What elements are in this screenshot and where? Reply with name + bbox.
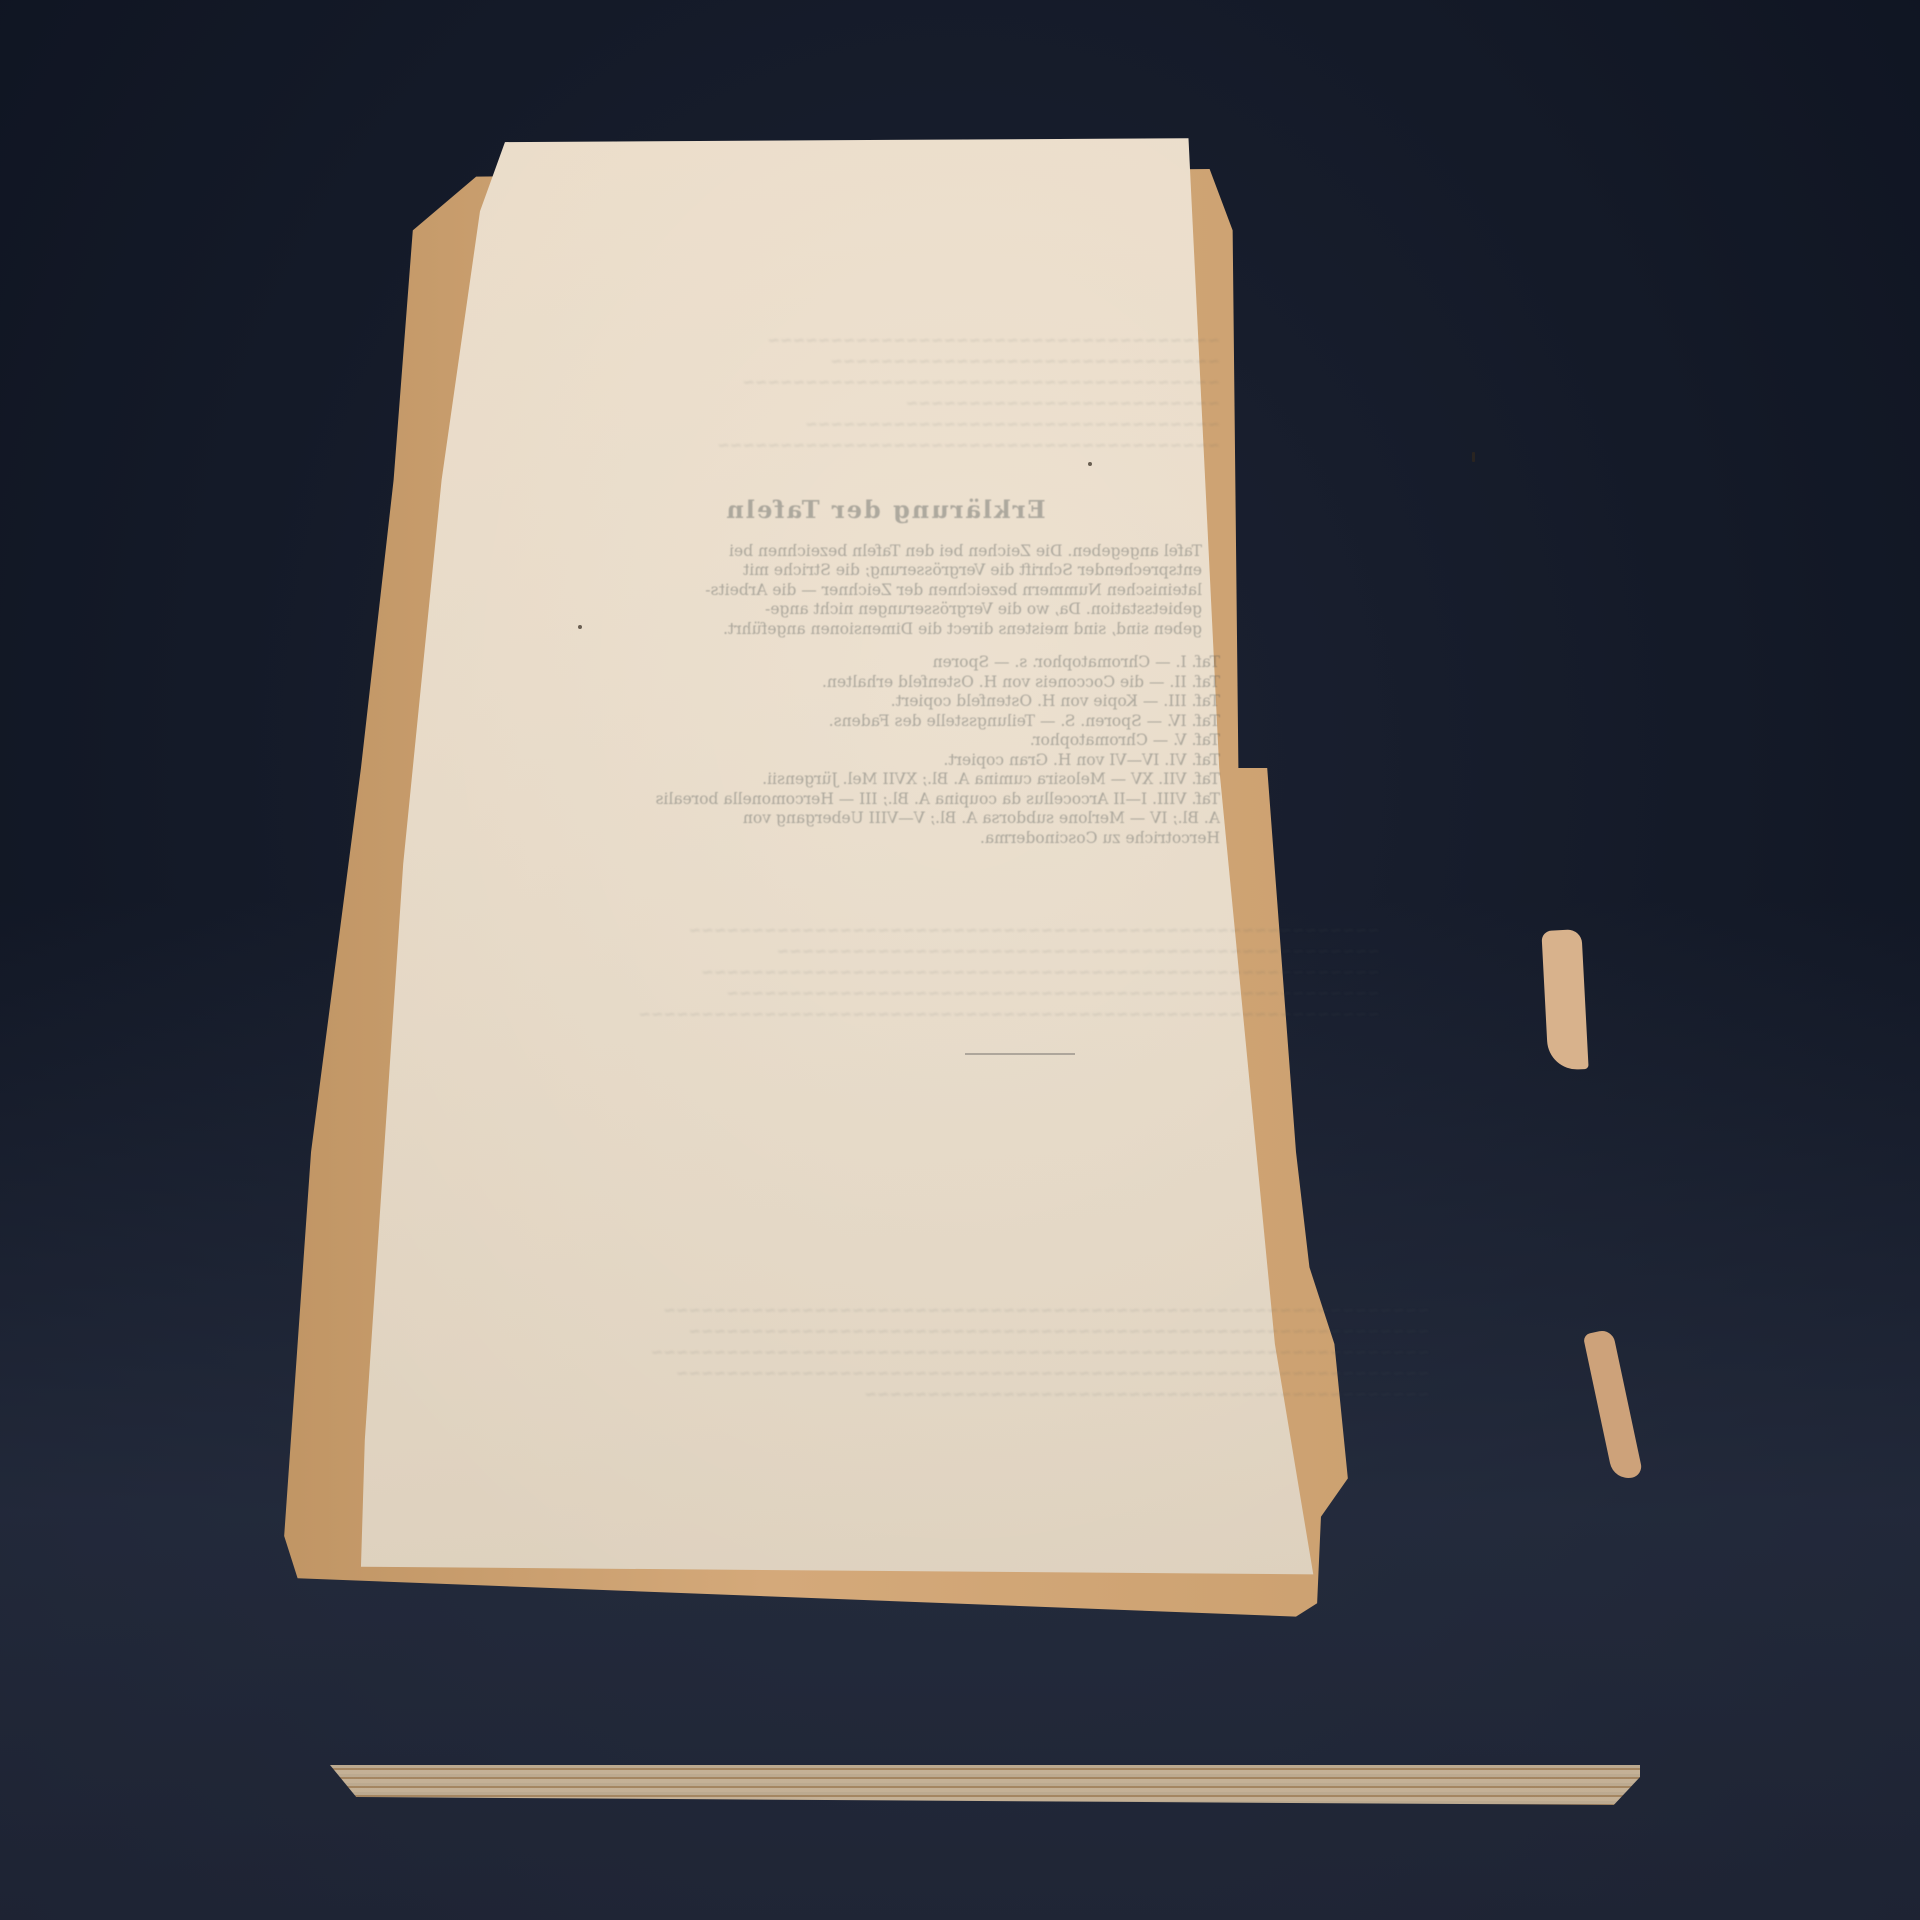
bleed-intro-line: entsprechender Schrift die Vergrösserung… xyxy=(630,561,1220,581)
section-divider-rule xyxy=(965,1053,1075,1055)
torn-page-flap xyxy=(1583,1329,1644,1482)
faint-bleed-text-top: ~~~~~~~~~~~~~~~~~~~~~~~~~~~~~~~~~~~~ ~~~… xyxy=(660,330,1220,500)
bleed-plate-line: Taf. IV. — Sporen. S. — Teilungsstelle d… xyxy=(630,712,1220,732)
bleed-intro-line: Tafel angegeben. Die Zeichen bei den Taf… xyxy=(630,542,1220,562)
bleed-plate-line: Taf. II. — die Cocconeis von H. Ostenfel… xyxy=(630,673,1220,693)
bleed-through-text: Erklärung der Tafeln Tafel angegeben. Di… xyxy=(630,500,1220,848)
bleed-heading: Erklärung der Tafeln xyxy=(590,500,1180,520)
bleed-intro-line: lateinischen Nummern bezeichnen der Zeic… xyxy=(630,581,1220,601)
bleed-intro-line: geben sind, sind meistens direct die Dim… xyxy=(630,620,1220,640)
faint-bleed-text-bottom: ~~~~~~~~~~~~~~~~~~~~~~~~~~~~~~~~~~~~~~~~… xyxy=(610,1300,1430,1470)
paper-speck xyxy=(1472,452,1475,462)
bleed-plate-line: Taf. III. — Kopie von H. Ostenfeld copie… xyxy=(630,692,1220,712)
bleed-plate-line: Taf. VIII. I—II Arcocellus da coupina A.… xyxy=(630,790,1220,810)
bleed-plate-line: Hercotriche zu Coscinoderma. xyxy=(630,829,1220,849)
bleed-intro-paragraph: Tafel angegeben. Die Zeichen bei den Taf… xyxy=(630,542,1220,640)
bleed-intro-line: gebietsstation. Da, wo die Vergrösserung… xyxy=(630,600,1220,620)
bleed-plate-line: Taf. VII. XV — Melosira cumina A. Bl.; X… xyxy=(630,770,1220,790)
paper-speck xyxy=(578,625,582,629)
bleed-plate-list: Taf. I. — Chromatophor. s. — Sporen Taf.… xyxy=(630,653,1220,848)
faint-bleed-text-middle: ~~~~~~~~~~~~~~~~~~~~~~~~~~~~~~~~~~~~~~~~… xyxy=(640,920,1380,1090)
page-stack-bottom-edges xyxy=(330,1765,1640,1805)
paper-speck xyxy=(1088,462,1092,466)
bleed-plate-line: Taf. I. — Chromatophor. s. — Sporen xyxy=(630,653,1220,673)
bleed-plate-line: Taf. VI. IV—VI von H. Gran copiert. xyxy=(630,751,1220,771)
bleed-plate-line: Taf. V. — Chromatophor. xyxy=(630,731,1220,751)
bleed-plate-line: A. Bl.; IV — Merlone subdorsa A. Bl.; V—… xyxy=(630,809,1220,829)
torn-page-flap xyxy=(1541,929,1588,1071)
